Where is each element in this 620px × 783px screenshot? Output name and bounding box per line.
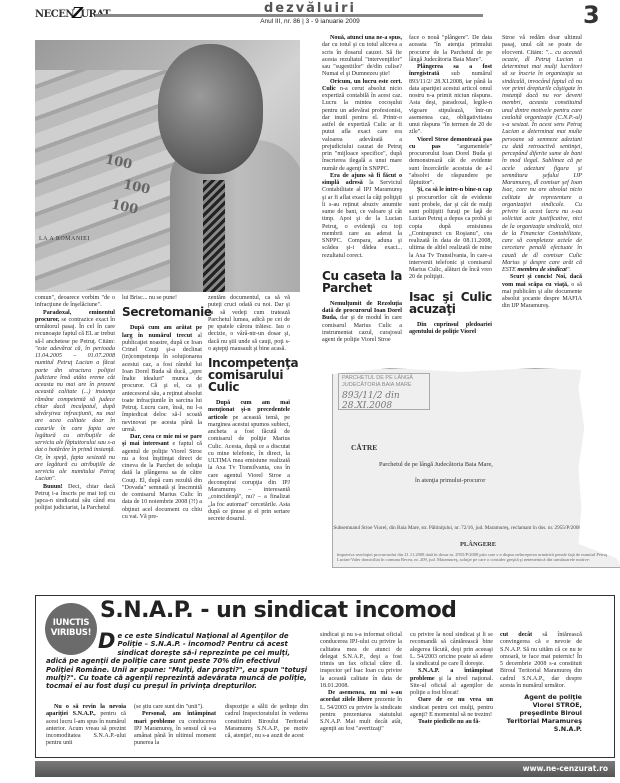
registration-stamp: PARCHETUL DE PE LÂNGĂ JUDECĂTORIA BAIA M… [338,373,430,410]
page-number: 3 [583,1,600,29]
badge-line: IUNCTIS [45,618,97,628]
text: sindicat pentru cei mulţi, pentru agenţi… [410,705,493,718]
subheading-caseta: Cu caseta la Parchet [322,270,402,294]
bold-lead: După cum am arătat pe larg în numărul tr… [122,325,202,338]
text: şi procurorilor cât de evidente sunt pro… [409,195,492,281]
paragraph: De asemenea, nu mi s-au acordat zilele l… [320,690,402,734]
article-column-1: comun", deoarece vorbim "de o infracţiun… [35,295,115,513]
quote-end: ". [567,267,571,273]
bold-lead: Din cuprinsul pledoariei agentului de po… [409,322,492,335]
text: sub numărul 893/11/2/ 28.XI.2008, iar pâ… [409,71,492,135]
snap-title: S.N.A.P. - un sindicat incomod [100,598,456,623]
paragraph: După cum am arătat pe larg în numărul tr… [122,325,202,434]
paragraph: Toate piedicile nu au fă- [410,719,493,726]
paragraph: Scurt şi concis! Noi, dacă vom mai scăpa… [502,274,582,310]
signature-line: Teritorial Maramureş [500,717,582,725]
signature-line: S.N.A.P. [500,725,582,733]
paragraph: S.N.A.P. a întâmpinat probleme şi la niv… [410,668,493,697]
subheading-isac-culic: Isac şi Culic acuzaţi [409,291,492,315]
article-column-3: zentăm documentul, ca să vă puteţi cruci… [208,295,290,523]
text: "argumentele" procurorului Ioan Dorel Bu… [409,144,492,186]
article-column-5: face o nouă "plângere". De data aceasta … [409,35,492,336]
striped-tie [203,180,225,292]
quote: "... cu această ocazie, dl Petruţ Lucian… [502,50,582,274]
footer-url: www.ne-cenzurat.ro [523,764,608,773]
article-photo: 100 100 100 LA A ROMANIEI [35,40,300,292]
logo-z-glyph: Z [72,4,82,22]
document-title: PLÂNGERE [333,541,620,548]
bold-lead: Nouă, atunci una ne-a spus, [330,35,402,41]
paragraph: Viorel Stroe demontează pas cu pas "argu… [409,137,492,188]
text: al publicaţiei noastre, după ce Ioan Cri… [122,333,202,433]
author-signature: Agent de poliţie Viorel STROE, preşedint… [500,693,582,733]
text: să întărească convingerea că e nevoie de… [500,632,582,689]
subheading-secretomanie: Secretomanie [122,306,202,318]
bold-lead: cut decât [500,632,532,638]
document-attention: în atenţia primului-procuror [415,477,485,484]
paragraph: dispoziţie a sălii de şedinţe din cadrul… [225,704,308,740]
paragraph: Personal, am întâmpinat mari probleme cu… [134,711,216,747]
paragraph: Plângerea sa a fost înregistrată sub num… [409,64,492,137]
emphasis: membru de sindicat [517,267,566,273]
text: la Serviciul Contabilitate al IPJ Maramu… [322,180,402,259]
snap-column-5: cu privire la noul sindicat şi li se rec… [410,632,493,726]
paragraph: Oare de ce nu vrea un sindicat pentru ce… [410,697,493,719]
lead-text: e ce este Sindicatul Naţional al Agenţil… [46,632,307,690]
subheading-incompetenta: Incompetenţa comisarului Culic [208,357,290,393]
signature-line: Agent de poliţie [500,693,582,701]
snap-column-1: Nu o să revin la nevoia apariţiei S.N.A.… [46,704,126,748]
snap-column-2: (se ştiu care sunt din "unii"). Personal… [134,704,216,748]
paragraph: Era de ajuns să fi făcut o simplă adresă… [322,173,402,260]
bold-lead: Oare de ce nu vrea un [418,697,493,703]
paragraph: face o nouă "plângere". De data aceasta … [409,35,492,64]
text: dar cu totul şi cu totul altceva a scris… [322,42,402,77]
paragraph: comun", deoarece vorbim "de o infracţiun… [35,295,115,310]
drop-cap: D [98,632,115,650]
paragraph: sindicat şi nu s-a informat oficial cond… [320,632,402,690]
paragraph: Şi, ca să le intre-n bine-n cap şi procu… [409,187,492,281]
snap-column-6: cut decât să întărească convingerea că e… [500,632,582,733]
bold-lead: Buuun! [43,484,63,490]
bold-lead: Şi, ca să le intre-n bine-n cap [417,187,492,193]
stamp-line: JUDECĂTORIA BAIA MARE [342,382,426,389]
signature-line: preşedinte Biroul [500,709,582,717]
stamp-handwritten-number: 893/11/2 din 28.XI.2008 [342,391,426,411]
signature-line: Viorel STROE, [500,701,582,709]
paragraph: Nemulţumit de Rezoluţia dată de procuror… [322,301,402,345]
paragraph: Stroe vă redăm doar ultimul pasaj, unul … [502,35,582,274]
article-column-6: Stroe vă redăm doar ultimul pasaj, unul … [502,35,582,311]
paragraph: cu privire la noul sindicat şi li se rec… [410,632,493,668]
header-rule [95,14,483,17]
paragraph: Buuun! Deci, chiar dacă Petruţ i-a înscr… [35,484,115,513]
paragraph: Paradoxal, eminentul procuror, se contra… [35,310,115,484]
document-addressee: Parchetul de pe lângă Judecătoria Baia M… [379,461,493,468]
paragraph: Dar, ceea ce mie mi se pare şi mai inter… [122,434,202,521]
article-column-2: lui Brisc... nu se pune! Secretomanie Du… [122,295,202,521]
article-column-4: Nouă, atunci una ne-a spus, dar cu totul… [322,35,402,344]
scanned-complaint-document: PARCHETUL DE PE LÂNGĂ JUDECĂTORIA BAIA M… [332,368,620,568]
paragraph: Oricum, un lucru este cert. Culic n-a ce… [322,79,402,173]
document-subscribed: Subsemnatul Stroe Viorel, din Baia Mare,… [333,525,620,531]
publication-logo: NECENZURAT [35,3,97,17]
paragraph: Nouă, atunci una ne-a spus, dar cu totul… [322,35,402,79]
logo-text-left: NECEN [35,9,74,20]
snap-column-4: sindicat şi nu s-a informat oficial cond… [320,632,402,734]
paragraph: Din cuprinsul pledoariei agentului de po… [409,322,492,337]
snap-lead: De ce este Sindicatul Naţional al Agenţi… [46,632,308,691]
snap-column-3: dispoziţie a sălii de şedinţe din cadrul… [225,704,308,740]
banknote-caption: LA A ROMANIEI [39,236,90,242]
paragraph: cut decât să întărească convingerea că e… [500,632,582,690]
text: n-a cerut absolut nicio expertiză contab… [322,86,402,172]
document-recipient-label: CĂTRE [351,443,377,452]
text: e faptul că agentul de poliţie Viorel St… [122,441,202,520]
text: pe această temă, pe marginea acestui spu… [208,415,290,523]
paragraph: Nu o să revin la nevoia apariţiei S.N.A.… [46,704,126,748]
man-head [158,44,263,174]
paragraph: După cum am mai menţionat şi-n precedent… [208,400,290,523]
quote: "este adevărat că, în perioada 11.04.200… [35,346,115,483]
paragraph: zentăm documentul, ca să vă puteţi cruci… [208,295,290,353]
document-body: împotriva rezoluţiei procurorului din 21… [333,552,620,562]
paragraph: lui Brisc... nu se pune! [122,295,202,302]
bold-lead: Toate piedicile nu au fă- [418,719,480,725]
paragraph: (se ştiu care sunt din "unii"). [134,704,216,711]
issue-info: Anul III, nr. 86 | 3 - 9 ianuarie 2009 [200,18,420,25]
